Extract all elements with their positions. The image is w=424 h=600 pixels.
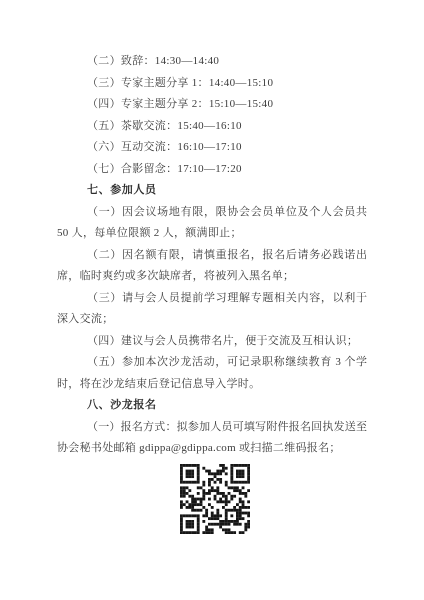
body-line: 50 人，每单位限额 2 人，额满即止； [57, 223, 367, 245]
agenda-item: （二）致辞：14:30—14:40 [57, 51, 367, 73]
body-line: （二）因名额有限，请慎重报名，报名后请务必践诺出 [57, 245, 367, 267]
section-heading-registration: 八、沙龙报名 [57, 395, 367, 417]
agenda-item: （四）专家主题分享 2：15:10—15:40 [57, 94, 367, 116]
email-line: 协会秘书处邮箱 gdippa@gdippa.com 或扫描二维码报名； [57, 438, 367, 460]
section-heading-participants: 七、参加人员 [57, 180, 367, 202]
body-line: （一）因会议场地有限，限协会会员单位及个人会员共 [57, 202, 367, 224]
body-line: 深入交流； [57, 309, 367, 331]
agenda-item: （三）专家主题分享 1：14:40—15:10 [57, 73, 367, 95]
body-line: （五）参加本次沙龙活动，可记录职称继续教育 3 个学 [57, 352, 367, 374]
document-body: （二）致辞：14:30—14:40 （三）专家主题分享 1：14:40—15:1… [57, 51, 367, 460]
agenda-item: （五）茶歇交流：15:40—16:10 [57, 116, 367, 138]
agenda-item: （七）合影留念：17:10—17:20 [57, 159, 367, 181]
body-line: （四）建议与会人员携带名片，便于交流及互相认识； [57, 331, 367, 353]
body-line: 时，将在沙龙结束后登记信息导入学时。 [57, 374, 367, 396]
agenda-item: （六）互动交流：16:10—17:10 [57, 137, 367, 159]
document-page: （二）致辞：14:30—14:40 （三）专家主题分享 1：14:40—15:1… [0, 0, 424, 600]
body-line: （三）请与会人员提前学习理解专题相关内容，以利于 [57, 288, 367, 310]
registration-qr-code [180, 464, 250, 534]
body-line: （一）报名方式：拟参加人员可填写附件报名回执发送至 [57, 417, 367, 439]
body-line: 席，临时爽约或多次缺席者，将被列入黑名单； [57, 266, 367, 288]
